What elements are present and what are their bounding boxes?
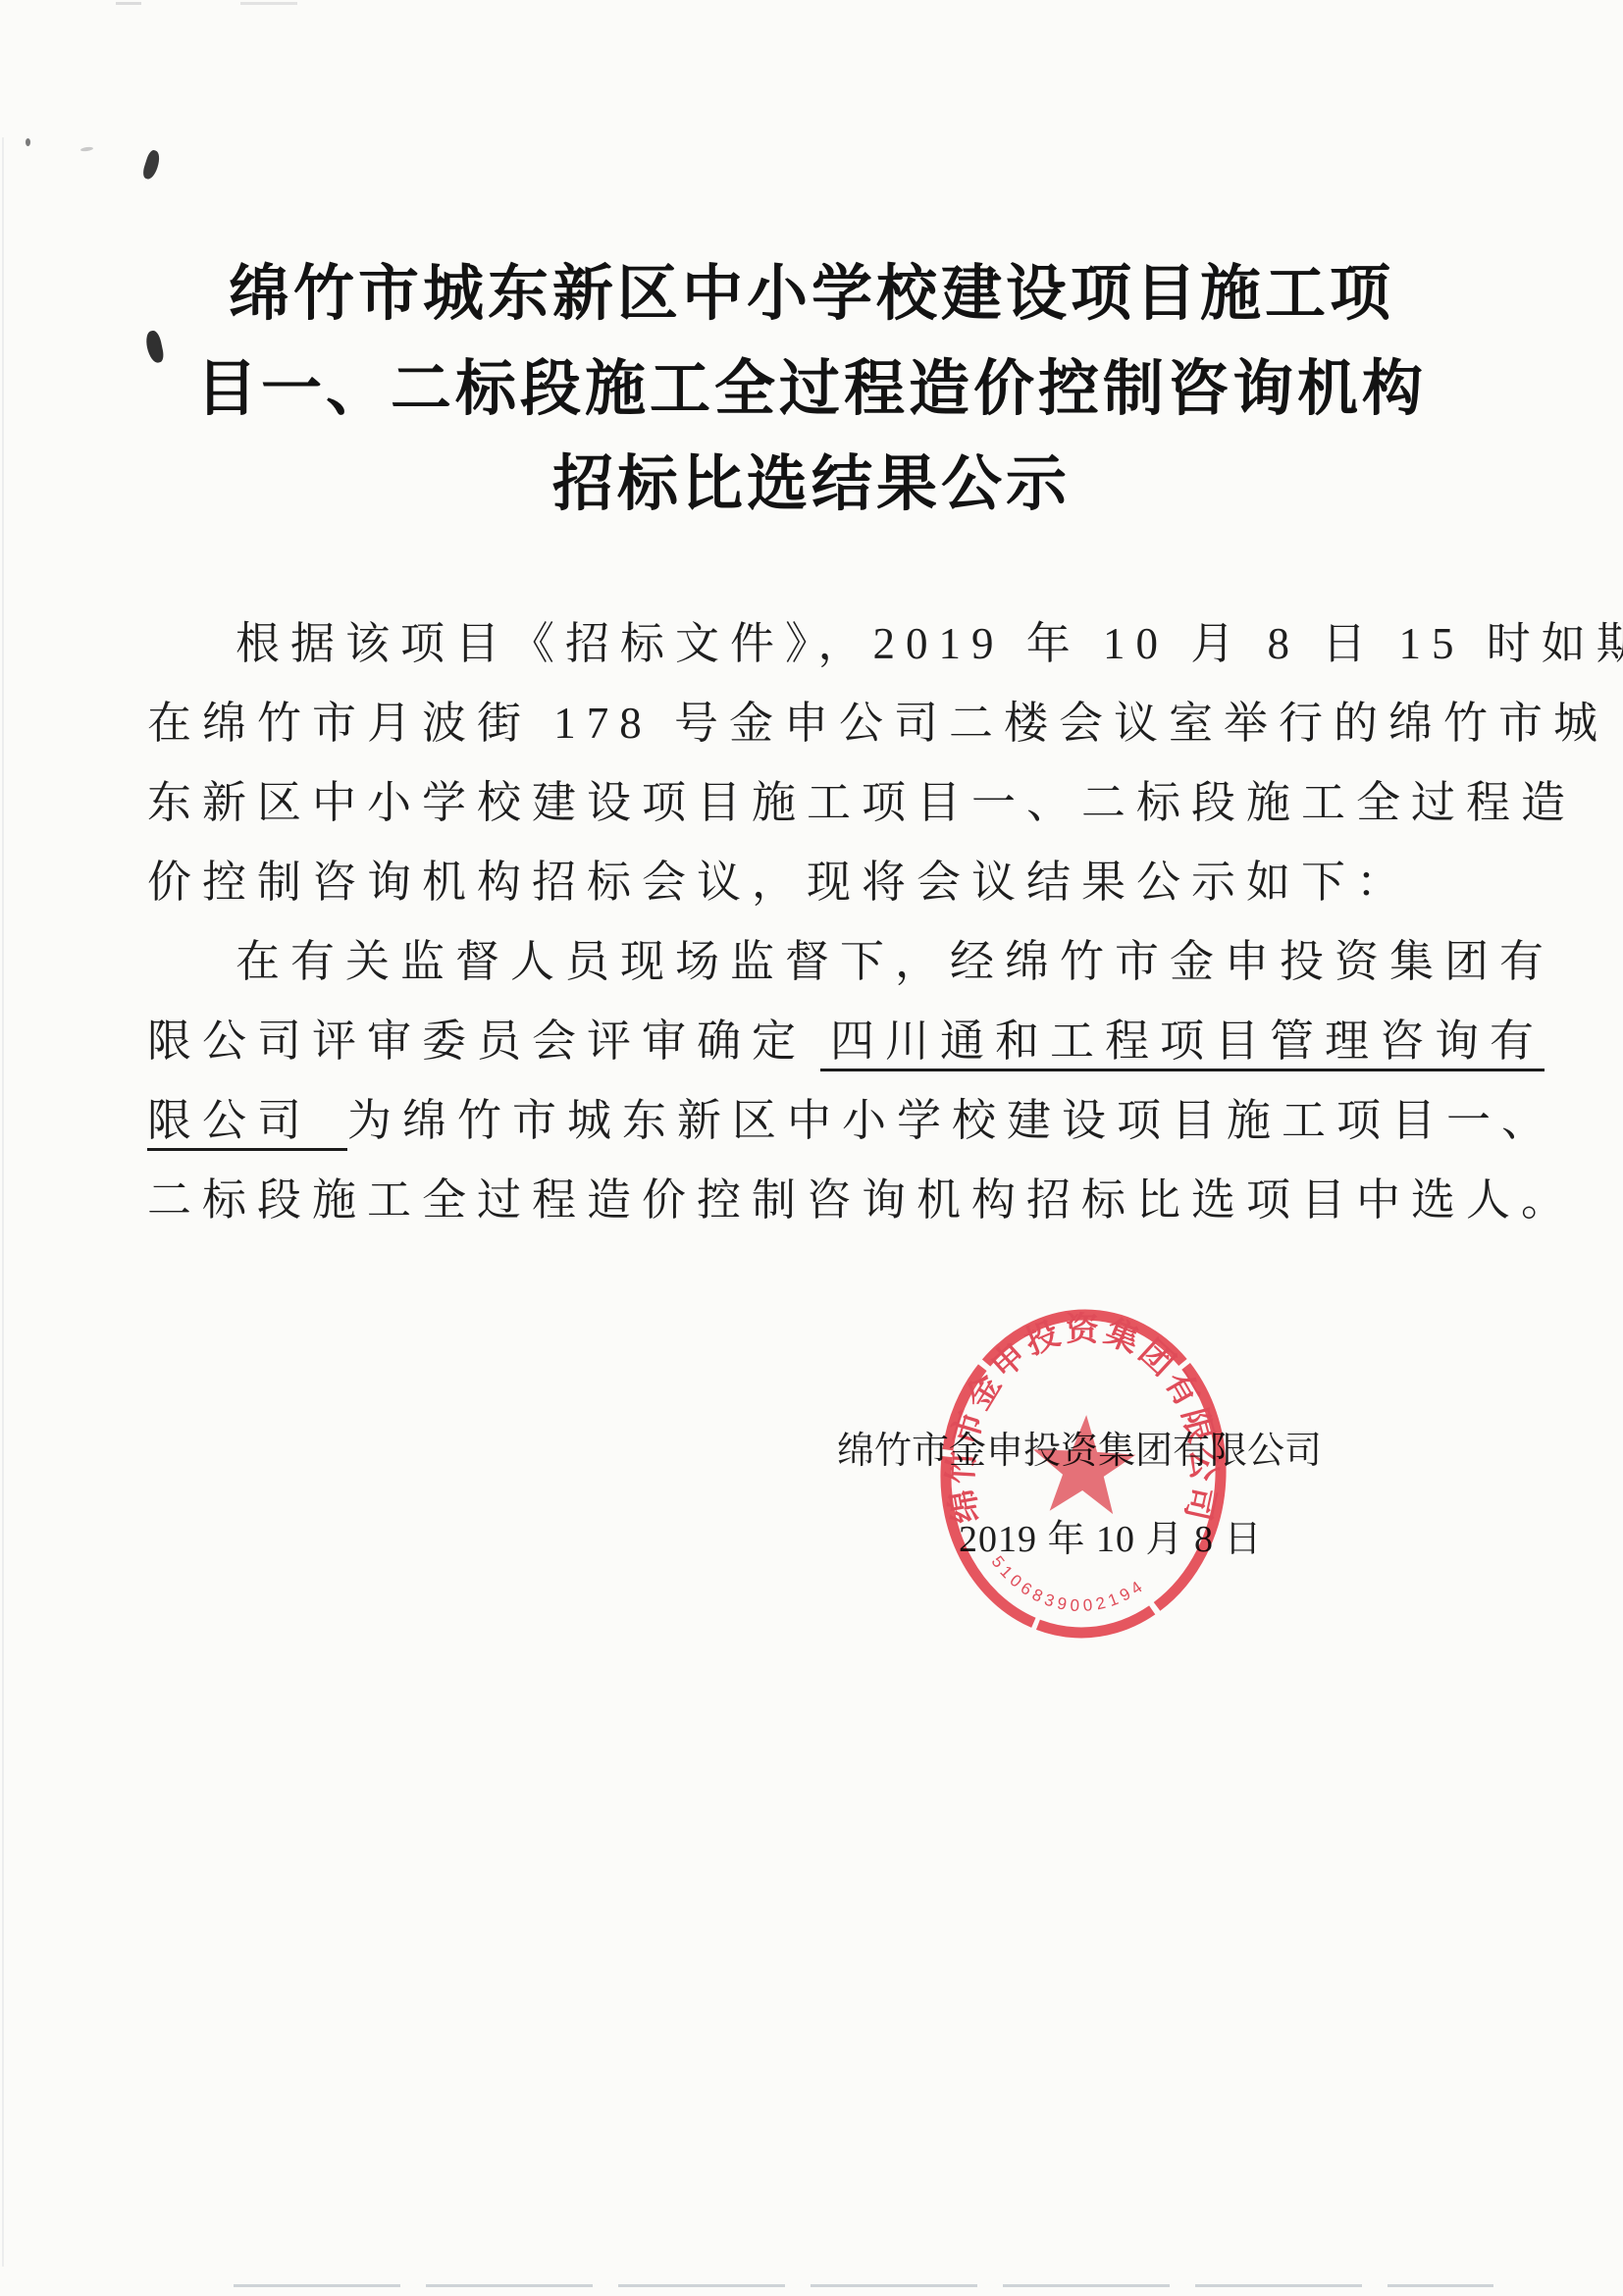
- scan-top-mark: [240, 2, 297, 5]
- scan-smudge: [80, 146, 93, 152]
- paragraph2-line2-text: 限公司评审委员会评审确定: [147, 1017, 807, 1066]
- title-line-1: 绵竹市城东新区中小学校建设项目施工项: [0, 247, 1623, 342]
- document-body: 根据该项目《招标文件》，2019 年 10 月 8 日 15 时如期 在绵竹市月…: [147, 604, 1492, 1240]
- scan-top-mark: [116, 2, 141, 5]
- paragraph1-line2: 在绵竹市月波街 178 号金申公司二楼会议室举行的绵竹市城: [147, 684, 1492, 763]
- scan-bottom-fold-line: [234, 2284, 1493, 2287]
- title-line-3: 招标比选结果公示: [0, 438, 1623, 533]
- paragraph2-line2: 限公司评审委员会评审确定四川通和工程项目管理咨询有: [147, 1002, 1492, 1081]
- paragraph2-line4: 二标段施工全过程造价控制咨询机构招标比选项目中选人。: [147, 1161, 1492, 1240]
- paragraph1-line3: 东新区中小学校建设项目施工项目一、二标段施工全过程造: [147, 763, 1492, 843]
- winner-name-underlined-part2: 限公司: [147, 1096, 347, 1151]
- scan-edge-line: [2, 137, 4, 2267]
- scan-ink-mark: [141, 149, 163, 182]
- winner-name-underlined-part1: 四川通和工程项目管理咨询有: [820, 1017, 1544, 1071]
- paragraph2-line1: 在有关监督人员现场监督下，经绵竹市金申投资集团有: [147, 922, 1492, 1002]
- paragraph2-line3-text: 为绵竹市城东新区中小学校建设项目施工项目一、: [347, 1096, 1556, 1145]
- company-seal-stamp: 绵竹市金申投资集团有限公司 5106839002194: [916, 1287, 1251, 1660]
- paragraph2-line3: 限公司为绵竹市城东新区中小学校建设项目施工项目一、: [147, 1081, 1492, 1161]
- title-line-2: 目一、二标段施工全过程造价控制咨询机构: [0, 342, 1623, 438]
- document-title: 绵竹市城东新区中小学校建设项目施工项 目一、二标段施工全过程造价控制咨询机构 招…: [0, 247, 1623, 533]
- seal-star-icon: [1030, 1412, 1138, 1515]
- scan-speck: [26, 138, 30, 146]
- paragraph1-line4: 价控制咨询机构招标会议，现将会议结果公示如下：: [147, 843, 1492, 922]
- scanned-document-page: 绵竹市城东新区中小学校建设项目施工项 目一、二标段施工全过程造价控制咨询机构 招…: [0, 0, 1623, 2296]
- paragraph1-line1: 根据该项目《招标文件》，2019 年 10 月 8 日 15 时如期: [147, 604, 1492, 684]
